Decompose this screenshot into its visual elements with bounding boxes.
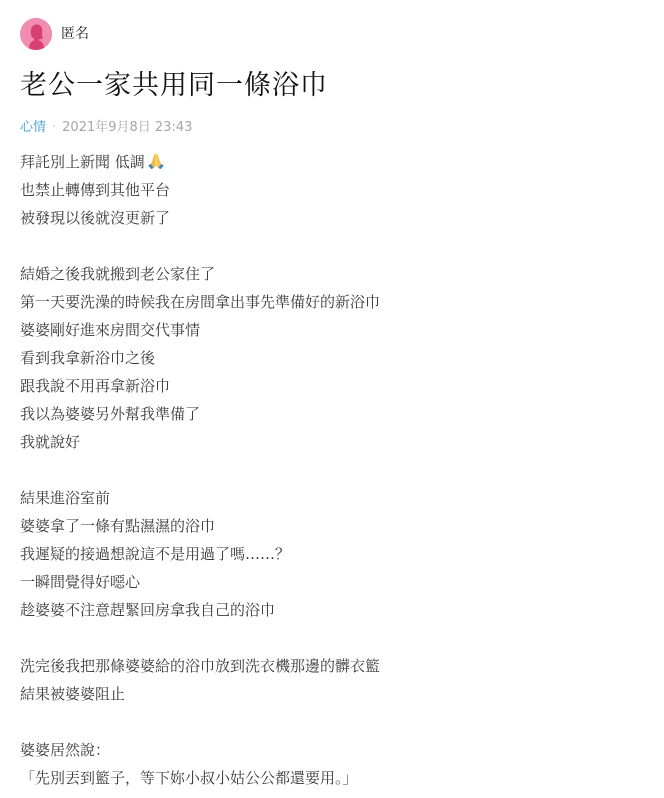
- post-timestamp: 2021年9月8日 23:43: [62, 120, 192, 135]
- meta-separator: ·: [52, 120, 56, 135]
- content-line: 結果進浴室前: [20, 484, 644, 512]
- content-blank-line: [20, 232, 644, 260]
- content-line: 洗完後我把那條婆婆給的浴巾放到洗衣機那邊的髒衣籃: [20, 652, 644, 680]
- content-line: 第一天要洗澡的時候我在房間拿出事先準備好的新浴巾: [20, 288, 644, 316]
- post-meta: 心情·2021年9月8日 23:43: [20, 119, 192, 137]
- content-blank-line: [20, 456, 644, 484]
- content-blank-line: [20, 708, 644, 736]
- content-line: 「先別丟到籃子，等下妳小叔小姑公公都還要用。」: [20, 764, 644, 792]
- forum-link[interactable]: 心情: [20, 120, 46, 135]
- author-row[interactable]: 匿名: [20, 18, 89, 50]
- content-line: 我以為婆婆另外幫我準備了: [20, 400, 644, 428]
- content-line: 一瞬間覺得好噁心: [20, 568, 644, 596]
- content-line: 婆婆拿了一條有點濕濕的浴巾: [20, 512, 644, 540]
- female-silhouette-avatar-icon: [20, 18, 52, 50]
- post-content: 拜託別上新聞 低調 也禁止轉傳到其他平台 被發現以後就沒更新了 結婚之後我就搬到…: [20, 148, 644, 792]
- content-line-text: 拜託別上新聞 低調: [20, 153, 145, 171]
- avatar[interactable]: [20, 18, 52, 50]
- content-line: 被發現以後就沒更新了: [20, 204, 644, 232]
- content-line: 拜託別上新聞 低調: [20, 148, 644, 176]
- content-line: 也禁止轉傳到其他平台: [20, 176, 644, 204]
- content-line: 看到我拿新浴巾之後: [20, 344, 644, 372]
- author-name[interactable]: 匿名: [61, 24, 89, 44]
- content-line: 我遲疑的接過想說這不是用過了嗎……？: [20, 540, 644, 568]
- content-line: 婆婆居然說：: [20, 736, 644, 764]
- content-line: 跟我說不用再拿新浴巾: [20, 372, 644, 400]
- folded-hands-icon: [147, 152, 165, 170]
- content-line: 趁婆婆不注意趕緊回房拿我自己的浴巾: [20, 596, 644, 624]
- content-line: 結婚之後我就搬到老公家住了: [20, 260, 644, 288]
- content-line: 結果被婆婆阻止: [20, 680, 644, 708]
- content-line: 我就說好: [20, 428, 644, 456]
- content-line: 婆婆剛好進來房間交代事情: [20, 316, 644, 344]
- content-blank-line: [20, 624, 644, 652]
- post-title: 老公一家共用同一條浴巾: [20, 66, 328, 106]
